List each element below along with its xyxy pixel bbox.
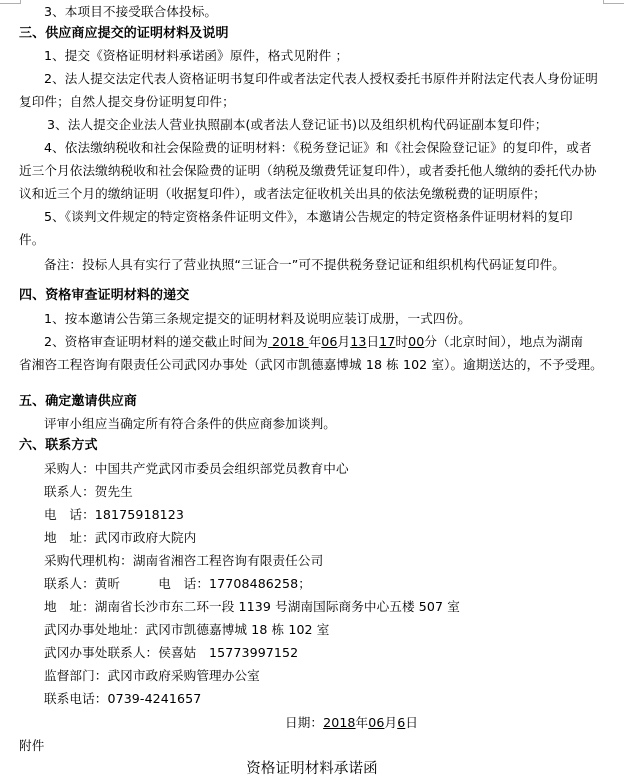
clause-text: 3、本项目不接受联合体投标。 bbox=[0, 4, 624, 20]
contact-line: 电 话：18175918123 bbox=[0, 507, 624, 523]
clause-text: 5、《谈判文件规定的特定资格条件证明文件》，本邀请公告规定的特定资格条件证明材料… bbox=[0, 209, 624, 225]
deadline-day: 13 bbox=[350, 334, 366, 349]
clause-text: 件。 bbox=[0, 232, 624, 248]
deadline-year: 2018 bbox=[268, 334, 309, 349]
deadline-hour: 17 bbox=[379, 334, 395, 349]
clause-text: 2、法人提交法定代表人资格证明书复印件或者法定代表人授权委托书原件并附法定代表人… bbox=[0, 71, 624, 87]
contact-line: 武冈办事处联系人：侯喜姑 15773997152 bbox=[0, 645, 624, 661]
contact-line: 采购代理机构：湖南省湘咨工程咨询有限责任公司 bbox=[0, 553, 624, 569]
section-heading: 六、联系方式 bbox=[0, 438, 624, 454]
contact-line: 地 址：湖南省长沙市东二环一段 1139 号湖南国际商务中心五楼 507 室 bbox=[0, 599, 624, 615]
contact-line: 监督部门：武冈市政府采购管理办公室 bbox=[0, 668, 624, 684]
attachment-label: 附件 bbox=[0, 738, 624, 754]
note-text: 备注：投标人具有实行了营业执照“三证合一”可不提供税务登记证和组织机构代码证复印… bbox=[0, 257, 624, 273]
contact-line: 联系人：贺先生 bbox=[0, 484, 624, 500]
contact-line: 武冈办事处地址：武冈市凯德嘉博城 18 栋 102 室 bbox=[0, 622, 624, 638]
contact-line: 采购人：中国共产党武冈市委员会组织部党员教育中心 bbox=[0, 461, 624, 477]
clause-text: 省湘咨工程咨询有限责任公司武冈办事处（武冈市凯德嘉博城 18 栋 102 室）。… bbox=[0, 357, 624, 373]
contact-line: 地 址：武冈市政府大院内 bbox=[0, 530, 624, 546]
clause-text: 3、法人提交企业法人营业执照副本(或者法人登记证书)以及组织机构代码证副本复印件… bbox=[0, 117, 624, 133]
clause-text: 议和近三个月的缴纳证明（收据复印件），或者法定征收机关出具的依法免缴税费的证明原… bbox=[0, 186, 624, 202]
deadline-clause: 2、资格审查证明材料的递交截止时间为 2018 年06月13日17时00分（北京… bbox=[0, 334, 624, 350]
section-heading: 五、确定邀请供应商 bbox=[0, 394, 624, 410]
clause-text: 1、按本邀请公告第三条规定提交的证明材料及说明应装订成册，一式四份。 bbox=[0, 311, 624, 327]
clause-text: 近三个月依法缴纳税收和社会保险费的证明（纳税及缴费凭证复印件），或者委托他人缴纳… bbox=[0, 163, 624, 179]
clause-text: 复印件；自然人提交身份证明复印件； bbox=[0, 94, 624, 110]
section-heading: 四、资格审查证明材料的递交 bbox=[0, 288, 624, 304]
date-year: 2018 bbox=[323, 715, 355, 730]
issue-date: 日期：2018年06月6日 bbox=[0, 715, 624, 731]
attachment-title: 资格证明材料承诺函 bbox=[0, 761, 624, 777]
clause-text: 评审小组应当确定所有符合条件的供应商参加谈判。 bbox=[0, 416, 624, 432]
deadline-month: 06 bbox=[321, 334, 337, 349]
section-heading: 三、供应商应提交的证明材料及说明 bbox=[0, 26, 624, 42]
contact-line: 联系人：黄昕 电 话：17708486258； bbox=[0, 576, 624, 592]
contact-line: 联系电话：0739-4241657 bbox=[0, 691, 624, 707]
date-month: 06 bbox=[368, 715, 384, 730]
deadline-minute: 00 bbox=[408, 334, 424, 349]
clause-text: 4、依法缴纳税收和社会保险费的证明材料：《税务登记证》和《社会保险登记证》的复印… bbox=[0, 140, 624, 156]
clause-text: 1、提交《资格证明材料承诺函》原件，格式见附件 ； bbox=[0, 48, 624, 64]
